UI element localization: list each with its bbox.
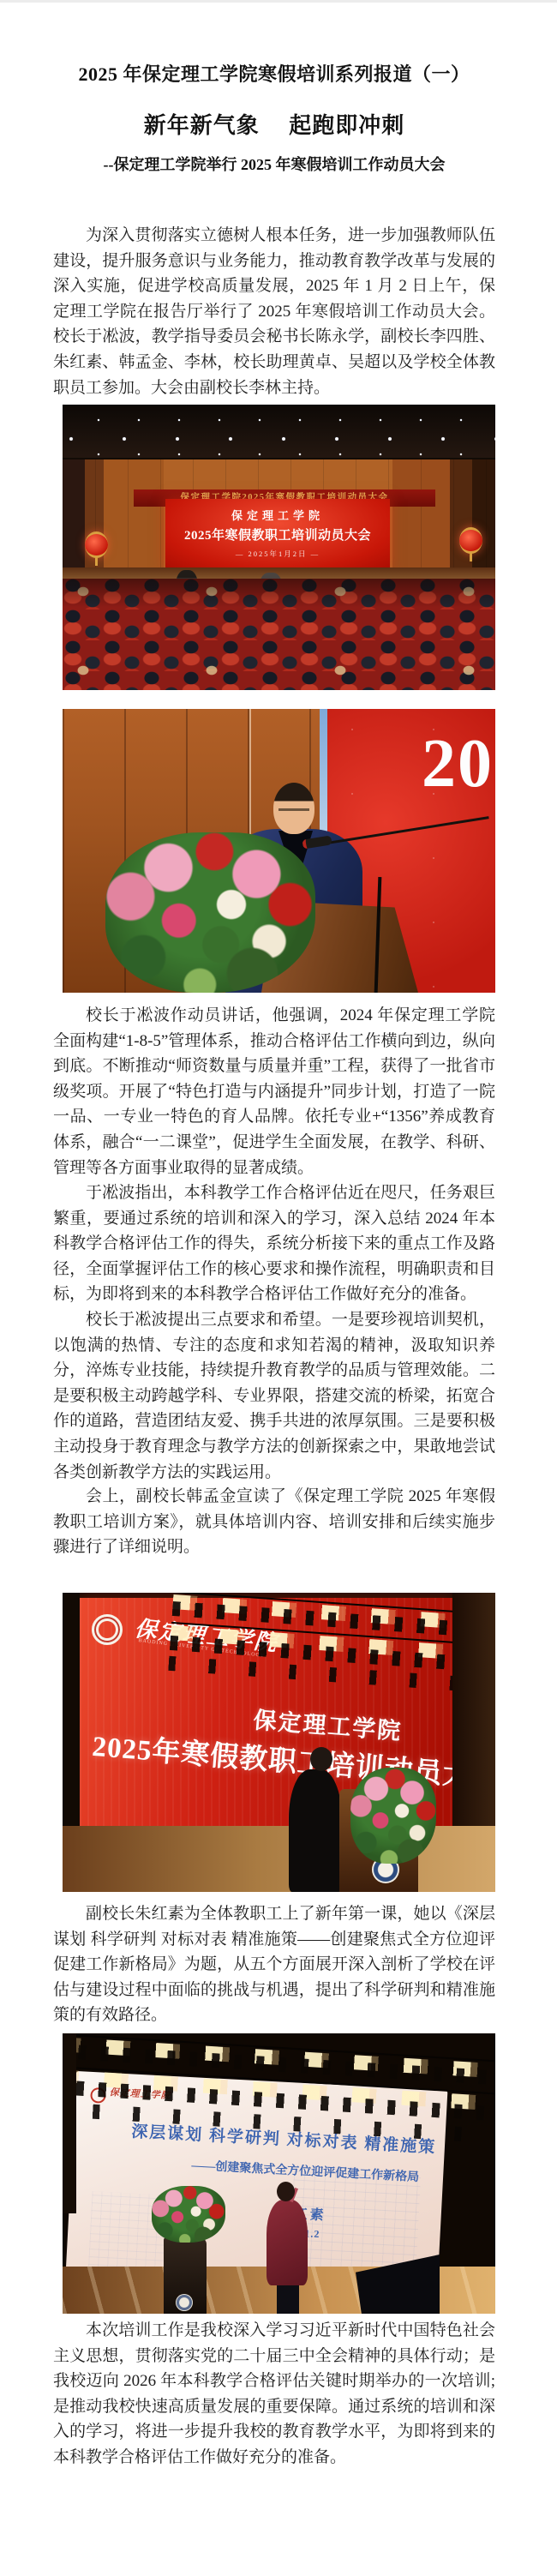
screen-year-text: 20 [422,730,494,798]
article-subheadline: --保定理工学院举行 2025 年寒假培训工作动员大会 [53,154,495,175]
lantern-right [459,527,482,554]
article-title: 2025 年保定理工学院寒假培训系列报道（一） [53,62,495,87]
paragraph-7: 本次培训工作是我校深入学习习近平新时代中国特色社会主义思想，贯彻落实党的二十届三… [53,2318,495,2471]
speaker-glasses [278,808,309,811]
vp-speaker-head [310,1747,332,1771]
lecture-podium-emblem [176,2294,193,2311]
lecture-left-curtain [63,2033,76,2213]
hall-ceiling-lights [63,405,495,459]
lantern-left [85,531,108,558]
hall-audience [63,579,495,690]
podium-bouquet [105,832,315,993]
hall-screen-date: — 2025年1月2日 — [165,549,390,559]
hall-screen-subtitle: 2025年寒假教职工培训动员大会 [165,525,390,543]
paragraph-3: 于凇波指出，本科教学工作合格评估近在咫尺，任务艰巨繁重，要通过系统的培训和深入的… [53,1180,495,1307]
school-logo-badge [92,1614,123,1645]
screen-blue-edge [320,709,327,838]
lecturer-head [277,2182,295,2201]
page-top-edge [0,0,557,3]
photo-lecture-slide: 保定理工学院 深层谋划 科学研判 对标对表 精准施策 ——创建聚焦式全方位迎评促… [63,2033,495,2314]
hall-led-screen: 保定理工学院 2025年寒假教职工培训动员大会 — 2025年1月2日 — [165,499,390,569]
lecture-podium-bouquet [152,2186,225,2243]
paragraph-5: 会上，副校长韩孟金宣读了《保定理工学院 2025 年寒假教职工培训方案》，就具体… [53,1484,495,1560]
paragraph-4: 校长于凇波提出三点要求和希望。一是要珍视培训契机，以饱满的热情、专注的态度和求知… [53,1307,495,1485]
lecturer-body [267,2200,308,2285]
vp-speaker-body [289,1769,342,1892]
paragraph-1: 为深入贯彻落实立德树人根本任务，进一步加强教师队伍建设，提升服务意识与业务能力，… [53,223,495,400]
lecturer-legs [277,2282,299,2314]
paragraph-6: 副校长朱红素为全体教职工上了新年第一课，她以《深层谋划 科学研判 对标对表 精准… [53,1901,495,2028]
hall-screen-title: 保定理工学院 [165,499,390,523]
stage-right-wall [452,1593,495,1826]
photo-president-podium: 20 [63,709,495,993]
photo-conference-hall: 保定理工学院2025年寒假教职工培训动员大会 保定理工学院 2025年寒假教职工… [63,405,495,690]
paragraph-2: 校长于凇波作动员讲话，他强调，2024 年保定理工学院全面构建“1-8-5”管理… [53,1003,495,1180]
stage-podium-bouquet [350,1768,436,1864]
lantern-left-tassel [95,555,98,566]
article-headline: 新年新气象 起跑即冲刺 [53,111,495,141]
article-page: 2025 年保定理工学院寒假培训系列报道（一） 新年新气象 起跑即冲刺 --保定… [0,0,557,2576]
photo-vp-red-screen: 保定理工学院 BAODING UNIVERSITY OF TECHNOLOGY … [63,1593,495,1892]
lantern-right-tassel [470,551,472,561]
stage-left-curtain [63,1593,80,1826]
